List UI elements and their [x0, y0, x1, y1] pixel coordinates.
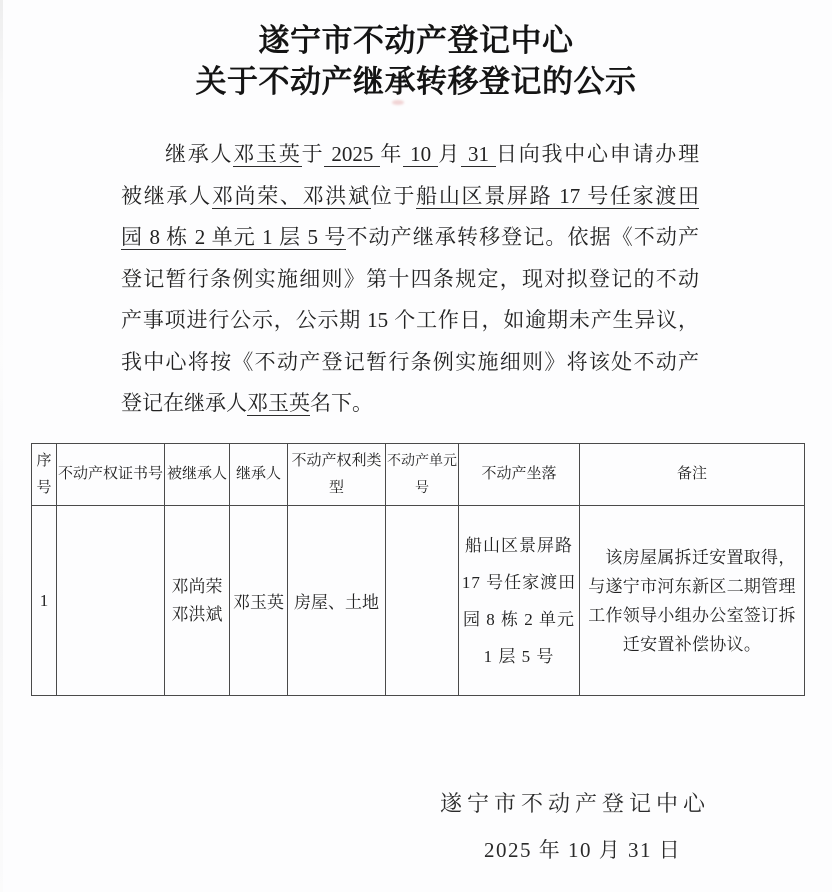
- col-header-seq: 序号: [32, 444, 57, 506]
- body-line: 我中心将按《不动产登记暂行条例实施细则》将该处不动产: [121, 342, 699, 384]
- underlined-text: 31: [461, 142, 496, 167]
- scanned-notice-page: 遂宁市不动产登记中心 关于不动产继承转移登记的公示 继承人邓玉英于 2025 年…: [0, 0, 832, 892]
- col-header-location: 不动产坐落: [459, 444, 580, 506]
- registration-table: 序号 不动产权证书号 被继承人 继承人 不动产权利类型 不动产单元号 不动产坐落…: [31, 443, 805, 696]
- underlined-text: 园 8 栋 2 单元 1 层 5 号: [121, 225, 346, 250]
- scan-left-edge-artifact: [0, 0, 3, 892]
- signature-org: 遂宁市不动产登记中心: [440, 787, 710, 818]
- table-header-row: 序号 不动产权证书号 被继承人 继承人 不动产权利类型 不动产单元号 不动产坐落…: [32, 444, 805, 506]
- col-header-right-type: 不动产权利类型: [288, 444, 386, 506]
- col-header-cert-no: 不动产权证书号: [57, 444, 165, 506]
- plain-text: 名下。: [310, 391, 373, 415]
- cell-decedents: 邓尚荣 邓洪斌: [165, 506, 230, 696]
- cell-cert-no: [57, 506, 165, 696]
- plain-text: 登记在继承人: [121, 391, 247, 415]
- document-title: 遂宁市不动产登记中心 关于不动产继承转移登记的公示: [0, 20, 832, 102]
- plain-text: 被继承人: [121, 184, 212, 208]
- underlined-text: 邓玉英: [247, 391, 310, 416]
- body-line: 产事项进行公示，公示期 15 个工作日，如逾期未产生异议，: [121, 300, 699, 342]
- table-row: 1 邓尚荣 邓洪斌 邓玉英 房屋、土地 船山区景屏路 17 号任家渡田园 8 栋…: [32, 506, 805, 696]
- body-line: 继承人邓玉英于 2025 年 10 月 31 日向我中心申请办理: [121, 134, 699, 176]
- underlined-text: 船山区景屏路 17 号任家渡田: [416, 184, 699, 209]
- plain-text: 于: [302, 142, 325, 166]
- cell-remark: 该房屋属拆迁安置取得，与遂宁市河东新区二期管理工作领导小组办公室签订拆迁安置补偿…: [580, 506, 805, 696]
- plain-text: 登记暂行条例实施细则》第十四条规定，现对拟登记的不动: [121, 267, 699, 291]
- plain-text: 我中心将按《不动产登记暂行条例实施细则》将该处不动产: [121, 350, 699, 374]
- body-line: 登记暂行条例实施细则》第十四条规定，现对拟登记的不动: [121, 259, 699, 301]
- body-line: 被继承人邓尚荣、邓洪斌位于船山区景屏路 17 号任家渡田: [121, 176, 699, 218]
- body-line: 登记在继承人邓玉英名下。: [121, 383, 699, 425]
- plain-text: 产事项进行公示，公示期 15 个工作日，如逾期未产生异议，: [121, 308, 699, 332]
- plain-text: 不动产继承转移登记。依据《不动产: [346, 225, 699, 249]
- col-header-unit-no: 不动产单元号: [386, 444, 459, 506]
- plain-text: 日向我中心申请办理: [496, 142, 699, 166]
- col-header-decedents: 被继承人: [165, 444, 230, 506]
- underlined-text: 10: [403, 142, 438, 167]
- cell-location: 船山区景屏路 17 号任家渡田园 8 栋 2 单元 1 层 5 号: [459, 506, 580, 696]
- plain-text: 位于: [371, 184, 416, 208]
- cell-heir: 邓玉英: [230, 506, 288, 696]
- col-header-heir: 继承人: [230, 444, 288, 506]
- cell-seq: 1: [32, 506, 57, 696]
- cell-right-type: 房屋、土地: [288, 506, 386, 696]
- document-title-line1: 遂宁市不动产登记中心: [0, 20, 832, 61]
- underlined-text: 邓玉英: [233, 142, 301, 167]
- plain-text: 月: [438, 142, 461, 166]
- underlined-text: 邓尚荣、邓洪斌: [212, 184, 371, 209]
- body-line: 园 8 栋 2 单元 1 层 5 号不动产继承转移登记。依据《不动产: [121, 217, 699, 259]
- col-header-remark: 备注: [580, 444, 805, 506]
- cell-unit-no: [386, 506, 459, 696]
- signature-date: 2025 年 10 月 31 日: [484, 834, 681, 864]
- plain-text: 继承人: [165, 142, 233, 166]
- underlined-text: 2025: [324, 142, 380, 167]
- plain-text: 年: [380, 142, 403, 166]
- document-title-line2: 关于不动产继承转移登记的公示: [0, 61, 832, 102]
- notice-body: 继承人邓玉英于 2025 年 10 月 31 日向我中心申请办理 被继承人邓尚荣…: [121, 134, 699, 425]
